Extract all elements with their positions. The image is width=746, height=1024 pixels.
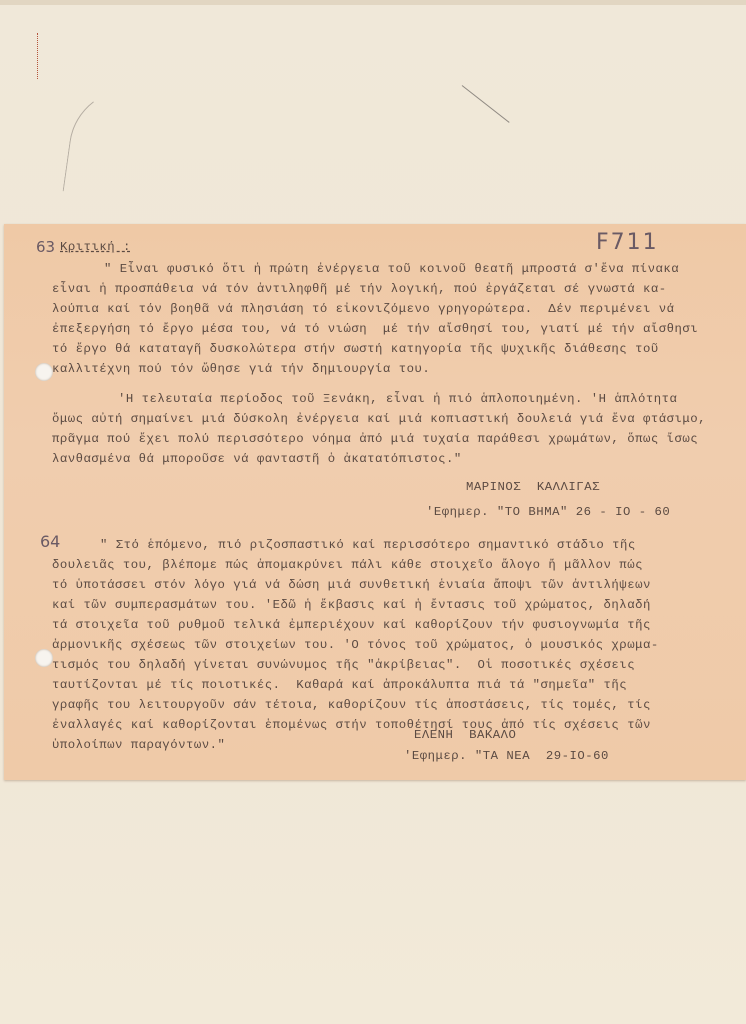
pencil-mark [462, 85, 510, 123]
text-line: τό ἔργο θά καταταγῆ δυσκολώτερα στήν σωσ… [52, 342, 659, 356]
text-line: ὅμως αὐτή σημαίνει μιά δύσκολη ἐνέργεια … [52, 412, 706, 426]
text-line: δουλειᾶς του, βλέπομε πώς ἀπομακρύνει πά… [52, 558, 643, 572]
text-line: " Εἶναι φυσικό ὅτι ἡ πρώτη ἐνέργεια τοῦ … [104, 262, 679, 276]
text-line: λούπια καί τόν βοηθᾶ νά πλησιάση τό εἰκο… [52, 302, 674, 316]
section-number-63: 63 [36, 238, 55, 256]
text-line: εἶναι ἡ προσπάθεια νά τόν ἀντιληφθῆ μέ τ… [52, 282, 667, 296]
text-line: 'Η τελευταία περίοδος τοῦ Ξενάκη, εἶναι … [118, 392, 677, 406]
text-line: ἐπεξεργήση τό ἔργο μέσα του, νά τό νιώση… [52, 322, 698, 336]
text-line: καλλιτέχνη πού τόν ὤθησε γιά τήν δημιουρ… [52, 362, 430, 376]
source-citation: 'Εφημερ. "ΤΑ ΝΕΑ 29-ΙΟ-60 [404, 749, 609, 763]
text-line: πρᾶγμα πού ἔχει πολύ περισσότερο νόημα ἀ… [52, 432, 698, 446]
text-line: ἐναλλαγές καί καθορίζονται ἑπομένως στήν… [52, 718, 651, 732]
pencil-mark [63, 81, 139, 199]
archive-code: F711 [596, 230, 659, 255]
section-number-64: 64 [40, 532, 60, 551]
text-line: ὑπολοίπων παραγόντων." [52, 738, 225, 752]
page-edge [0, 0, 746, 5]
text-line: τά στοιχεῖα τοῦ ρυθμοῦ τελικά ἐμπεριέχου… [52, 618, 651, 632]
author-signature: ΜΑΡΙΝΟΣ ΚΑΛΛΙΓΑΣ [466, 480, 600, 494]
text-line: ἁρμονικῆς σχέσεως τῶν στοιχείων του. 'Ο … [52, 638, 659, 652]
heading: Κριτική : [60, 240, 131, 254]
punch-hole [35, 649, 53, 667]
text-line: γραφῆς του λειτουργοῦν σάν τέτοια, καθορ… [52, 698, 651, 712]
text-line: τό ὑποτάσσει στόν λόγο γιά νά δώση μιά σ… [52, 578, 651, 592]
text-line: ταυτίζονται μέ τίς ποιοτικές. Καθαρά καί… [52, 678, 627, 692]
text-line: τισμός του δηλαδή γίνεται συνώνυμος τῆς … [52, 658, 635, 672]
punch-hole [35, 363, 53, 381]
typed-clipping: 63 F711 Κριτική : " Εἶναι φυσικό ὅτι ἡ π… [4, 224, 746, 780]
archive-page: 63 F711 Κριτική : " Εἶναι φυσικό ὅτι ἡ π… [0, 0, 746, 1024]
author-signature: ΕΛΕΝΗ ΒΑΚΑΛΟ [414, 728, 516, 742]
text-line: λανθασμένα θά μποροῦσε νά φανταστῆ ὁ ἀκα… [52, 452, 462, 466]
text-line: " Στό ἑπόμενο, πιό ριζοσπαστικό καί περι… [100, 538, 636, 552]
text-line: καί τῶν συμπερασμάτων του. 'Εδῶ ἡ ἔκβασι… [52, 598, 651, 612]
source-citation: 'Εφημερ. "ΤΟ ΒΗΜΑ" 26 - ΙΟ - 60 [426, 505, 670, 519]
staple-marks [37, 33, 42, 79]
